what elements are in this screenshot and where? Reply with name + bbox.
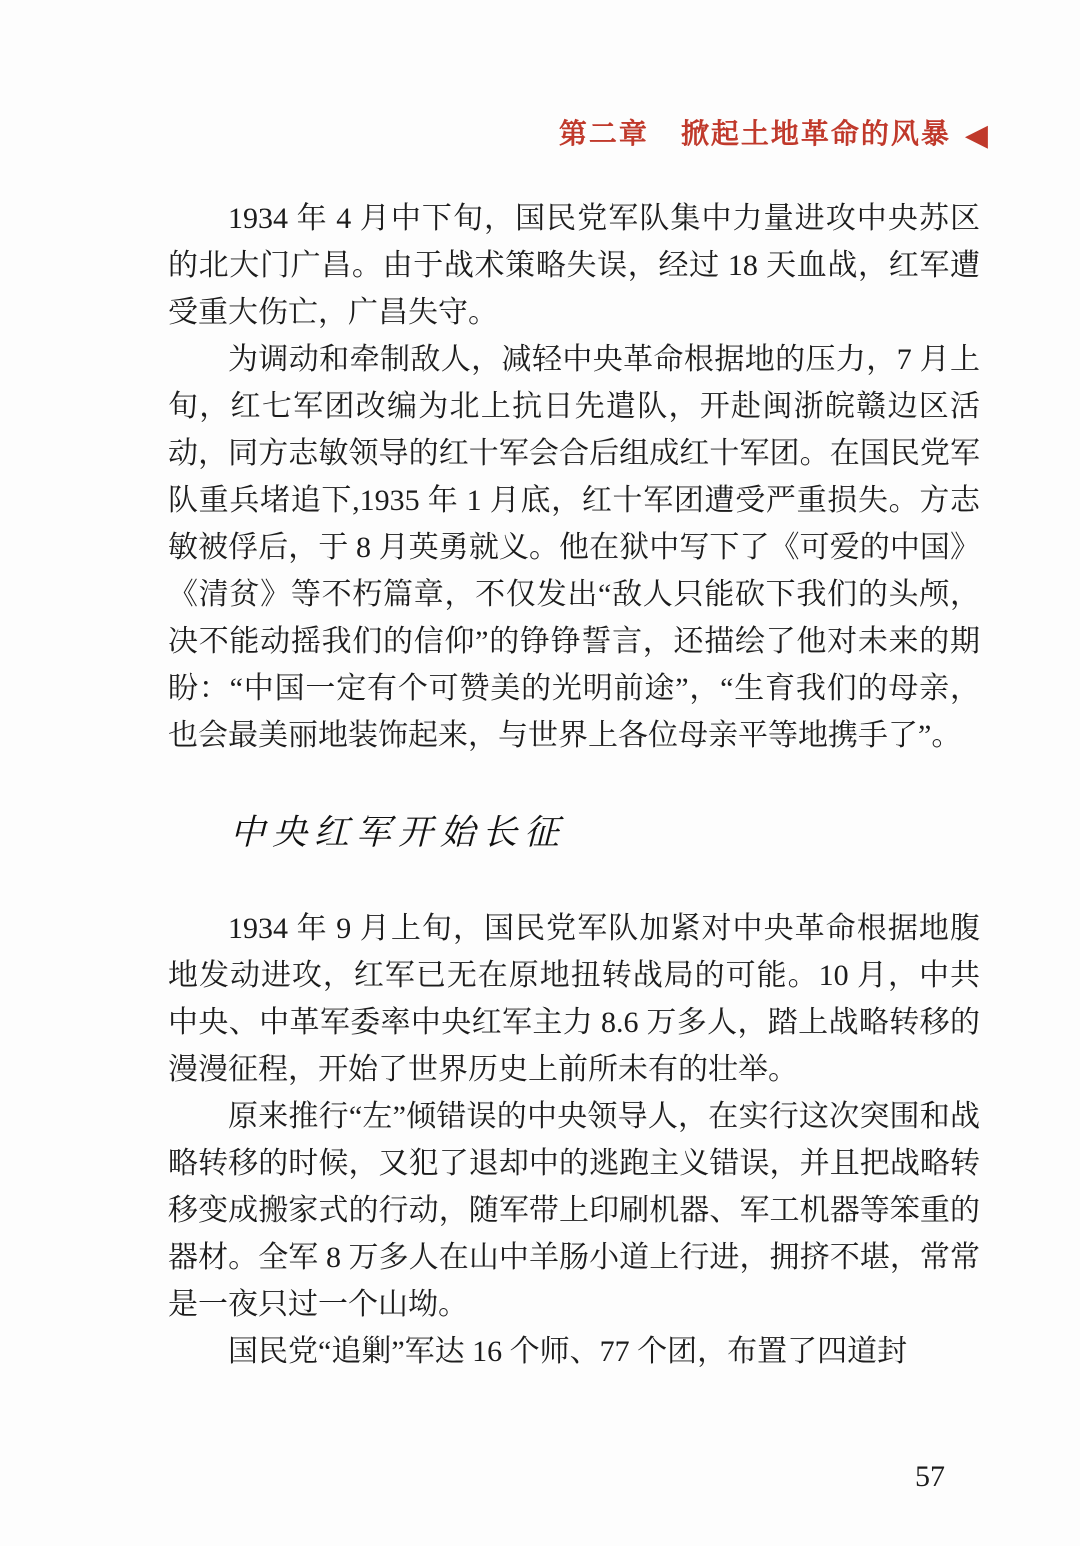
page-number: 57 xyxy=(915,1460,945,1494)
paragraph: 为调动和牵制敌人，减轻中央革命根据地的压力，7 月上旬，红七军团改编为北上抗日先… xyxy=(168,336,980,759)
paragraph: 1934 年 4 月中下旬，国民党军队集中力量进攻中央苏区的北大门广昌。由于战术… xyxy=(168,195,980,336)
paragraph: 原来推行“左”倾错误的中央领导人，在实行这次突围和战略转移的时候，又犯了退却中的… xyxy=(168,1093,980,1328)
book-page: 第二章 掀起土地革命的风暴 ◀ 1934 年 4 月中下旬，国民党军队集中力量进… xyxy=(0,0,1080,1546)
paragraph: 国民党“追剿”军达 16 个师、77 个团，布置了四道封 xyxy=(168,1328,980,1375)
body-text: 1934 年 4 月中下旬，国民党军队集中力量进攻中央苏区的北大门广昌。由于战术… xyxy=(168,195,980,1375)
paragraph: 1934 年 9 月上旬，国民党军队加紧对中央革命根据地腹地发动进攻，红军已无在… xyxy=(168,905,980,1093)
section-heading: 中央红军开始长征 xyxy=(230,805,980,855)
running-header: 第二章 掀起土地革命的风暴 ◀ xyxy=(168,115,988,155)
chapter-label: 第二章 xyxy=(559,115,649,155)
left-triangle-icon: ◀ xyxy=(965,121,988,151)
page-content: 第二章 掀起土地革命的风暴 ◀ 1934 年 4 月中下旬，国民党军队集中力量进… xyxy=(0,0,1080,1375)
chapter-title: 掀起土地革命的风暴 xyxy=(681,115,951,155)
